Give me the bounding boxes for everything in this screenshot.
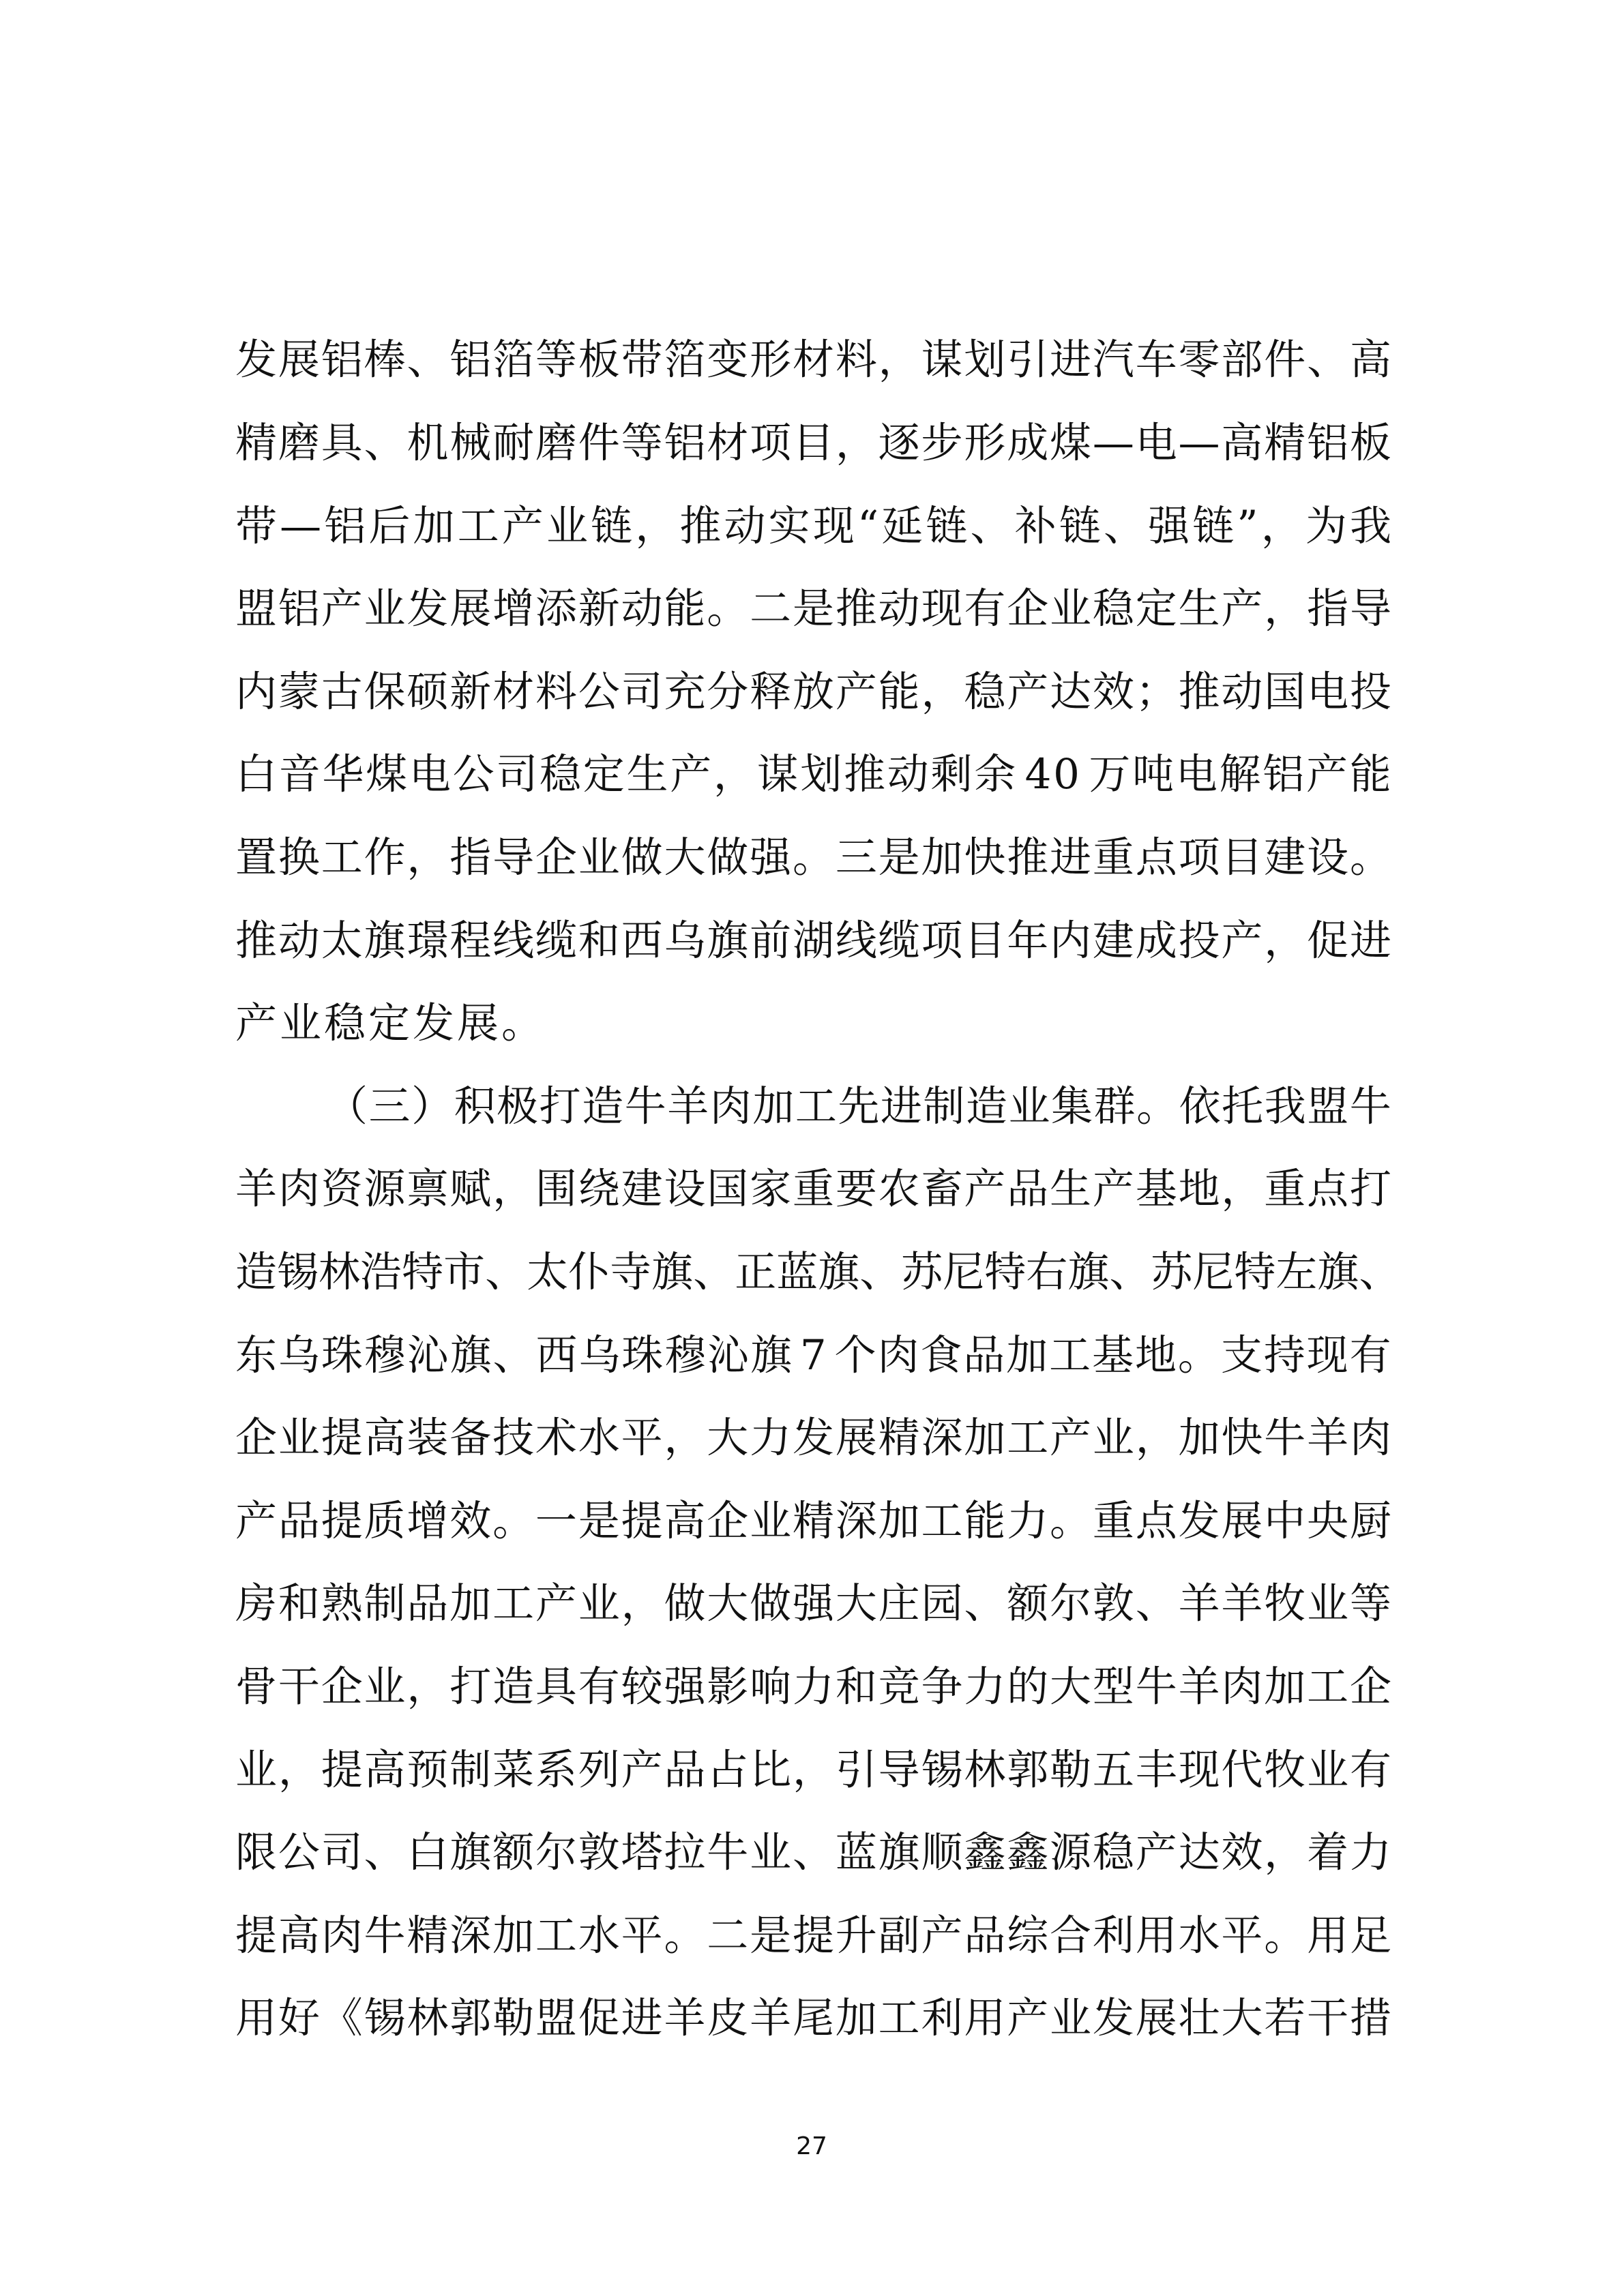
paragraph-1-line-9: 产业稳定发展。 [235, 996, 1391, 1051]
section-heading-line: （三）积极打造牛羊肉加工先进制造业集群。依托我盟牛 [326, 1079, 1391, 1134]
paragraph-2-line-2: 羊肉资源禀赋，围绕建设国家重要农畜产品生产基地，重点打 [235, 1162, 1391, 1217]
paragraph-1-line-7: 置换工作，指导企业做大做强。三是加快推进重点项目建设。 [235, 831, 1391, 885]
paragraph-1-line-3: 带—铝后加工产业链，推动实现“延链、补链、强链”，为我 [235, 499, 1391, 554]
paragraph-1-line-4: 盟铝产业发展增添新动能。二是推动现有企业稳定生产，指导 [235, 582, 1391, 636]
paragraph-2-line-7: 房和熟制品加工产业，做大做强大庄园、额尔敦、羊羊牧业等 [235, 1577, 1391, 1631]
paragraph-1-line-8: 推动太旗璟程线缆和西乌旗前湖线缆项目年内建成投产，促进 [235, 914, 1391, 968]
paragraph-2-line-3: 造锡林浩特市、太仆寺旗、正蓝旗、苏尼特右旗、苏尼特左旗、 [235, 1245, 1391, 1300]
paragraph-2-line-12: 用好《锡林郭勒盟促进羊皮羊尾加工利用产业发展壮大若干措 [235, 1991, 1391, 2046]
paragraph-2-line-10: 限公司、白旗额尔敦塔拉牛业、蓝旗顺鑫鑫源稳产达效，着力 [235, 1825, 1391, 1880]
paragraph-2-line-9: 业，提高预制菜系列产品占比，引导锡林郭勒五丰现代牧业有 [235, 1743, 1391, 1798]
document-page: 发展铝棒、铝箔等板带箔变形材料，谋划引进汽车零部件、高 精磨具、机械耐磨件等铝材… [0, 0, 1624, 2296]
paragraph-1-line-5: 内蒙古保硕新材料公司充分释放产能，稳产达效；推动国电投 [235, 665, 1391, 719]
paragraph-2-line-5: 企业提高装备技术水平，大力发展精深加工产业，加快牛羊肉 [235, 1411, 1391, 1465]
paragraph-1-line-6: 白音华煤电公司稳定生产，谋划推动剩余 40 万吨电解铝产能 [235, 747, 1391, 802]
paragraph-2-line-11: 提高肉牛精深加工水平。二是提升副产品综合利用水平。用足 [235, 1909, 1391, 1963]
paragraph-1-line-2: 精磨具、机械耐磨件等铝材项目，逐步形成煤—电—高精铝板 [235, 416, 1391, 471]
paragraph-2-line-4: 东乌珠穆沁旗、西乌珠穆沁旗 7 个肉食品加工基地。支持现有 [235, 1328, 1391, 1383]
page-number: 27 [778, 2132, 846, 2162]
paragraph-2-line-6: 产品提质增效。一是提高企业精深加工能力。重点发展中央厨 [235, 1494, 1391, 1549]
paragraph-2-line-8: 骨干企业，打造具有较强影响力和竞争力的大型牛羊肉加工企 [235, 1660, 1391, 1714]
paragraph-1-line-1: 发展铝棒、铝箔等板带箔变形材料，谋划引进汽车零部件、高 [235, 333, 1391, 387]
